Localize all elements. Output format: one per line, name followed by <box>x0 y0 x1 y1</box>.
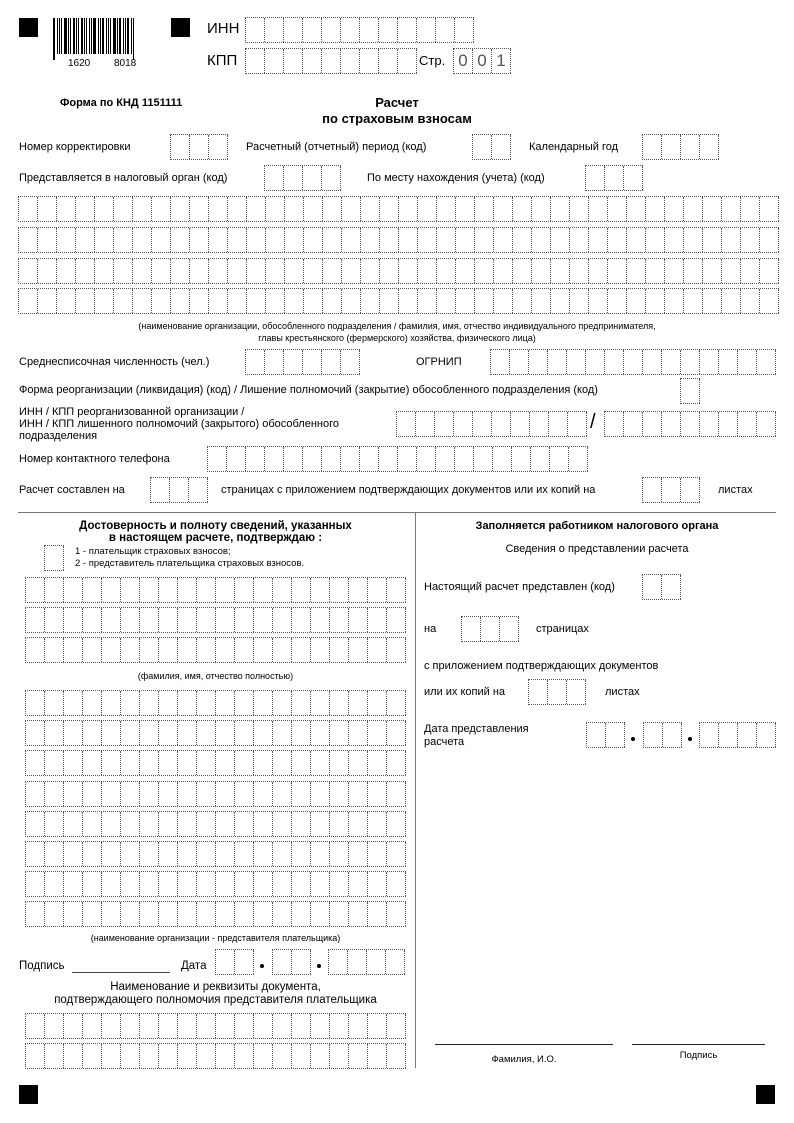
char-cell[interactable] <box>45 691 64 715</box>
char-cell[interactable] <box>662 478 681 502</box>
char-cell[interactable] <box>456 197 475 221</box>
char-cell[interactable] <box>741 259 760 283</box>
char-cell[interactable] <box>292 812 311 836</box>
char-cell[interactable] <box>567 680 586 704</box>
char-cell[interactable] <box>719 412 738 436</box>
char-cell[interactable] <box>102 872 121 896</box>
char-cell[interactable] <box>322 18 341 42</box>
char-cell[interactable] <box>170 478 189 502</box>
signature-line[interactable] <box>72 972 170 973</box>
char-cell[interactable] <box>311 872 330 896</box>
auth-doc-row[interactable] <box>25 1013 406 1039</box>
char-cell[interactable] <box>323 289 342 313</box>
char-cell[interactable] <box>760 197 779 221</box>
char-cell[interactable] <box>311 902 330 926</box>
char-cell[interactable] <box>738 412 757 436</box>
char-cell[interactable] <box>646 259 665 283</box>
char-cell[interactable] <box>273 751 292 775</box>
char-cell[interactable] <box>216 950 235 974</box>
char-cell[interactable] <box>456 228 475 252</box>
char-cell[interactable] <box>311 751 330 775</box>
char-cell[interactable] <box>247 259 266 283</box>
char-cell[interactable] <box>114 228 133 252</box>
char-cell[interactable] <box>235 691 254 715</box>
char-cell[interactable] <box>140 782 159 806</box>
char-cell[interactable] <box>475 289 494 313</box>
char-cell[interactable] <box>757 723 776 747</box>
char-cell[interactable] <box>26 872 45 896</box>
char-cell[interactable] <box>45 638 64 662</box>
submission-date-day-field[interactable] <box>586 722 625 748</box>
char-cell[interactable] <box>197 872 216 896</box>
char-cell[interactable] <box>330 1044 349 1068</box>
char-cell[interactable] <box>662 350 681 374</box>
char-cell[interactable] <box>285 197 304 221</box>
char-cell[interactable] <box>387 578 406 602</box>
char-cell[interactable] <box>235 721 254 745</box>
char-cell[interactable] <box>760 259 779 283</box>
char-cell[interactable] <box>437 259 456 283</box>
char-cell[interactable] <box>455 18 474 42</box>
char-cell[interactable] <box>140 872 159 896</box>
char-cell[interactable] <box>330 1014 349 1038</box>
char-cell[interactable] <box>681 379 700 403</box>
char-cell[interactable] <box>292 751 311 775</box>
char-cell[interactable] <box>26 638 45 662</box>
char-cell[interactable] <box>26 902 45 926</box>
char-cell[interactable] <box>330 872 349 896</box>
char-cell[interactable] <box>643 575 662 599</box>
char-cell[interactable] <box>681 478 700 502</box>
char-cell[interactable] <box>738 723 757 747</box>
char-cell[interactable] <box>349 782 368 806</box>
char-cell[interactable] <box>368 872 387 896</box>
char-cell[interactable] <box>159 842 178 866</box>
char-cell[interactable] <box>646 197 665 221</box>
char-cell[interactable] <box>76 197 95 221</box>
char-cell[interactable] <box>368 902 387 926</box>
char-cell[interactable] <box>26 812 45 836</box>
char-cell[interactable] <box>159 578 178 602</box>
avg-headcount-field[interactable] <box>245 349 360 375</box>
char-cell[interactable] <box>624 412 643 436</box>
char-cell[interactable] <box>323 228 342 252</box>
char-cell[interactable] <box>159 1014 178 1038</box>
char-cell[interactable] <box>570 197 589 221</box>
char-cell[interactable] <box>140 721 159 745</box>
char-cell[interactable] <box>605 412 624 436</box>
char-cell[interactable] <box>551 228 570 252</box>
char-cell[interactable] <box>197 751 216 775</box>
char-cell[interactable] <box>475 228 494 252</box>
char-cell[interactable] <box>45 1044 64 1068</box>
char-cell[interactable] <box>304 289 323 313</box>
char-cell[interactable] <box>19 197 38 221</box>
char-cell[interactable] <box>662 412 681 436</box>
char-cell[interactable] <box>368 638 387 662</box>
char-cell[interactable] <box>494 259 513 283</box>
rep-org-row[interactable] <box>25 811 406 837</box>
char-cell[interactable] <box>684 228 703 252</box>
char-cell[interactable] <box>273 950 292 974</box>
char-cell[interactable] <box>197 1044 216 1068</box>
char-cell[interactable] <box>311 608 330 632</box>
char-cell[interactable] <box>511 412 530 436</box>
char-cell[interactable] <box>45 842 64 866</box>
char-cell[interactable] <box>140 842 159 866</box>
char-cell[interactable] <box>397 412 416 436</box>
char-cell[interactable] <box>349 638 368 662</box>
char-cell[interactable] <box>605 166 624 190</box>
char-cell[interactable] <box>247 289 266 313</box>
char-cell[interactable] <box>368 608 387 632</box>
char-cell[interactable] <box>311 1044 330 1068</box>
char-cell[interactable] <box>273 578 292 602</box>
char-cell[interactable] <box>197 902 216 926</box>
char-cell[interactable] <box>121 608 140 632</box>
char-cell[interactable] <box>83 842 102 866</box>
char-cell[interactable] <box>644 723 663 747</box>
char-cell[interactable] <box>608 289 627 313</box>
char-cell[interactable] <box>549 412 568 436</box>
char-cell[interactable] <box>273 842 292 866</box>
char-cell[interactable] <box>589 259 608 283</box>
char-cell[interactable] <box>45 902 64 926</box>
char-cell[interactable] <box>228 197 247 221</box>
char-cell[interactable] <box>216 782 235 806</box>
char-cell[interactable] <box>83 812 102 836</box>
char-cell[interactable] <box>311 1014 330 1038</box>
char-cell[interactable] <box>570 259 589 283</box>
char-cell[interactable] <box>341 18 360 42</box>
char-cell[interactable] <box>178 1044 197 1068</box>
char-cell[interactable] <box>531 447 550 471</box>
char-cell[interactable] <box>159 872 178 896</box>
char-cell[interactable] <box>341 49 360 73</box>
ogrnip-field[interactable] <box>490 349 776 375</box>
char-cell[interactable] <box>216 812 235 836</box>
char-cell[interactable] <box>273 872 292 896</box>
char-cell[interactable] <box>462 617 481 641</box>
char-cell[interactable] <box>322 49 341 73</box>
char-cell[interactable] <box>368 1014 387 1038</box>
char-cell[interactable] <box>681 350 700 374</box>
char-cell[interactable] <box>235 578 254 602</box>
char-cell[interactable] <box>273 782 292 806</box>
char-cell[interactable] <box>273 812 292 836</box>
char-cell[interactable] <box>349 872 368 896</box>
char-cell[interactable] <box>361 228 380 252</box>
char-cell[interactable] <box>368 812 387 836</box>
char-cell[interactable] <box>216 721 235 745</box>
char-cell[interactable] <box>266 259 285 283</box>
char-cell[interactable] <box>45 751 64 775</box>
signer-fio-row[interactable] <box>25 577 406 603</box>
char-cell[interactable] <box>349 691 368 715</box>
submission-date-year-field[interactable] <box>699 722 776 748</box>
char-cell[interactable] <box>303 447 322 471</box>
char-cell[interactable] <box>587 723 606 747</box>
sheets-count-field[interactable] <box>642 477 700 503</box>
char-cell[interactable] <box>342 289 361 313</box>
tax-authority-field[interactable] <box>264 165 341 191</box>
char-cell[interactable] <box>273 721 292 745</box>
char-cell[interactable] <box>417 447 436 471</box>
org-name-row[interactable] <box>18 258 779 284</box>
char-cell[interactable] <box>64 1044 83 1068</box>
char-cell[interactable] <box>197 608 216 632</box>
char-cell[interactable] <box>570 228 589 252</box>
char-cell[interactable] <box>760 228 779 252</box>
char-cell[interactable] <box>178 842 197 866</box>
char-cell[interactable] <box>45 608 64 632</box>
char-cell[interactable] <box>95 289 114 313</box>
char-cell[interactable] <box>26 1014 45 1038</box>
char-cell[interactable] <box>171 259 190 283</box>
char-cell[interactable] <box>387 751 406 775</box>
char-cell[interactable] <box>209 259 228 283</box>
char-cell[interactable] <box>265 49 284 73</box>
char-cell[interactable] <box>360 49 379 73</box>
char-cell[interactable] <box>643 478 662 502</box>
char-cell[interactable] <box>494 228 513 252</box>
char-cell[interactable] <box>209 197 228 221</box>
char-cell[interactable] <box>700 350 719 374</box>
char-cell[interactable] <box>311 578 330 602</box>
char-cell[interactable] <box>159 751 178 775</box>
char-cell[interactable] <box>83 872 102 896</box>
char-cell[interactable] <box>140 812 159 836</box>
char-cell[interactable] <box>197 638 216 662</box>
char-cell[interactable] <box>662 575 681 599</box>
char-cell[interactable] <box>548 350 567 374</box>
char-cell[interactable] <box>349 1044 368 1068</box>
char-cell[interactable] <box>64 578 83 602</box>
char-cell[interactable] <box>703 289 722 313</box>
char-cell[interactable] <box>45 872 64 896</box>
char-cell[interactable] <box>349 902 368 926</box>
char-cell[interactable] <box>197 1014 216 1038</box>
char-cell[interactable] <box>254 782 273 806</box>
char-cell[interactable] <box>530 412 549 436</box>
reorg-kpp-field[interactable] <box>604 411 776 437</box>
char-cell[interactable] <box>311 812 330 836</box>
char-cell[interactable] <box>330 578 349 602</box>
char-cell[interactable] <box>235 638 254 662</box>
char-cell[interactable] <box>254 691 273 715</box>
char-cell[interactable] <box>216 691 235 715</box>
kpp-field[interactable] <box>245 48 417 74</box>
char-cell[interactable] <box>216 608 235 632</box>
char-cell[interactable] <box>228 259 247 283</box>
char-cell[interactable] <box>741 289 760 313</box>
officer-signature-line[interactable] <box>632 1044 765 1045</box>
char-cell[interactable] <box>387 691 406 715</box>
char-cell[interactable] <box>26 782 45 806</box>
char-cell[interactable] <box>140 1044 159 1068</box>
char-cell[interactable] <box>178 872 197 896</box>
char-cell[interactable] <box>121 578 140 602</box>
char-cell[interactable] <box>349 1014 368 1038</box>
char-cell[interactable] <box>513 197 532 221</box>
location-code-field[interactable] <box>585 165 643 191</box>
char-cell[interactable] <box>171 289 190 313</box>
char-cell[interactable] <box>235 751 254 775</box>
char-cell[interactable] <box>265 350 284 374</box>
char-cell[interactable] <box>197 691 216 715</box>
char-cell[interactable] <box>436 18 455 42</box>
char-cell[interactable] <box>265 166 284 190</box>
char-cell[interactable] <box>606 723 625 747</box>
char-cell[interactable] <box>292 608 311 632</box>
char-cell[interactable] <box>311 638 330 662</box>
char-cell[interactable] <box>330 812 349 836</box>
char-cell[interactable] <box>140 751 159 775</box>
char-cell[interactable] <box>387 721 406 745</box>
submitted-code-field[interactable] <box>642 574 681 600</box>
char-cell[interactable] <box>178 691 197 715</box>
received-pages-field[interactable] <box>461 616 519 642</box>
char-cell[interactable] <box>178 578 197 602</box>
char-cell[interactable] <box>284 18 303 42</box>
char-cell[interactable] <box>45 782 64 806</box>
char-cell[interactable] <box>493 447 512 471</box>
org-name-row[interactable] <box>18 288 779 314</box>
char-cell[interactable] <box>349 751 368 775</box>
char-cell[interactable] <box>38 197 57 221</box>
char-cell[interactable] <box>627 289 646 313</box>
org-name-row[interactable] <box>18 227 779 253</box>
char-cell[interactable] <box>159 782 178 806</box>
char-cell[interactable] <box>228 228 247 252</box>
char-cell[interactable] <box>140 1014 159 1038</box>
char-cell[interactable] <box>322 447 341 471</box>
char-cell[interactable] <box>379 18 398 42</box>
char-cell[interactable] <box>665 289 684 313</box>
char-cell[interactable] <box>190 289 209 313</box>
char-cell[interactable] <box>57 259 76 283</box>
char-cell[interactable] <box>589 197 608 221</box>
char-cell[interactable] <box>341 447 360 471</box>
phone-field[interactable] <box>207 446 588 472</box>
char-cell[interactable] <box>102 578 121 602</box>
rep-org-row[interactable] <box>25 781 406 807</box>
char-cell[interactable] <box>292 782 311 806</box>
char-cell[interactable] <box>513 228 532 252</box>
char-cell[interactable] <box>254 1044 273 1068</box>
char-cell[interactable] <box>510 350 529 374</box>
char-cell[interactable] <box>399 259 418 283</box>
char-cell[interactable] <box>64 812 83 836</box>
char-cell[interactable] <box>83 782 102 806</box>
char-cell[interactable] <box>254 638 273 662</box>
correction-number-field[interactable] <box>170 134 228 160</box>
char-cell[interactable] <box>608 228 627 252</box>
char-cell[interactable] <box>532 197 551 221</box>
char-cell[interactable] <box>197 812 216 836</box>
char-cell[interactable] <box>197 782 216 806</box>
char-cell[interactable] <box>532 289 551 313</box>
char-cell[interactable] <box>361 289 380 313</box>
char-cell[interactable] <box>235 950 254 974</box>
char-cell[interactable] <box>246 350 265 374</box>
char-cell[interactable] <box>265 18 284 42</box>
char-cell[interactable] <box>292 691 311 715</box>
char-cell[interactable] <box>121 721 140 745</box>
char-cell[interactable] <box>399 289 418 313</box>
char-cell[interactable] <box>757 412 776 436</box>
char-cell[interactable] <box>492 412 511 436</box>
char-cell[interactable] <box>741 197 760 221</box>
char-cell[interactable] <box>387 782 406 806</box>
char-cell[interactable] <box>349 608 368 632</box>
char-cell[interactable] <box>26 578 45 602</box>
char-cell[interactable] <box>368 721 387 745</box>
char-cell[interactable] <box>399 228 418 252</box>
char-cell[interactable] <box>700 412 719 436</box>
char-cell[interactable] <box>608 259 627 283</box>
char-cell[interactable] <box>474 447 493 471</box>
char-cell[interactable] <box>627 259 646 283</box>
char-cell[interactable] <box>159 638 178 662</box>
auth-doc-row[interactable] <box>25 1043 406 1069</box>
char-cell[interactable] <box>589 228 608 252</box>
char-cell[interactable] <box>121 872 140 896</box>
char-cell[interactable] <box>643 412 662 436</box>
char-cell[interactable] <box>322 350 341 374</box>
char-cell[interactable] <box>64 1014 83 1038</box>
char-cell[interactable] <box>398 447 417 471</box>
char-cell[interactable] <box>719 723 738 747</box>
char-cell[interactable] <box>437 289 456 313</box>
char-cell[interactable] <box>57 289 76 313</box>
char-cell[interactable] <box>330 782 349 806</box>
char-cell[interactable] <box>254 721 273 745</box>
char-cell[interactable] <box>292 1044 311 1068</box>
char-cell[interactable] <box>102 608 121 632</box>
char-cell[interactable] <box>266 228 285 252</box>
char-cell[interactable] <box>473 412 492 436</box>
char-cell[interactable] <box>247 197 266 221</box>
char-cell[interactable] <box>330 721 349 745</box>
char-cell[interactable] <box>330 691 349 715</box>
char-cell[interactable] <box>349 812 368 836</box>
char-cell[interactable] <box>303 350 322 374</box>
char-cell[interactable] <box>360 447 379 471</box>
char-cell[interactable] <box>330 842 349 866</box>
inn-field[interactable] <box>245 17 474 43</box>
char-cell[interactable] <box>491 350 510 374</box>
sign-date-day-field[interactable] <box>215 949 254 975</box>
char-cell[interactable] <box>254 812 273 836</box>
char-cell[interactable] <box>494 197 513 221</box>
char-cell[interactable] <box>292 872 311 896</box>
signer-type-field[interactable] <box>44 545 64 571</box>
char-cell[interactable] <box>26 721 45 745</box>
char-cell[interactable] <box>368 751 387 775</box>
char-cell[interactable] <box>323 197 342 221</box>
char-cell[interactable] <box>152 197 171 221</box>
char-cell[interactable] <box>64 691 83 715</box>
signer-fio-row[interactable] <box>25 607 406 633</box>
char-cell[interactable] <box>284 447 303 471</box>
char-cell[interactable] <box>64 842 83 866</box>
char-cell[interactable] <box>133 259 152 283</box>
char-cell[interactable] <box>456 259 475 283</box>
char-cell[interactable] <box>83 721 102 745</box>
rep-org-row[interactable] <box>25 841 406 867</box>
char-cell[interactable] <box>348 950 367 974</box>
